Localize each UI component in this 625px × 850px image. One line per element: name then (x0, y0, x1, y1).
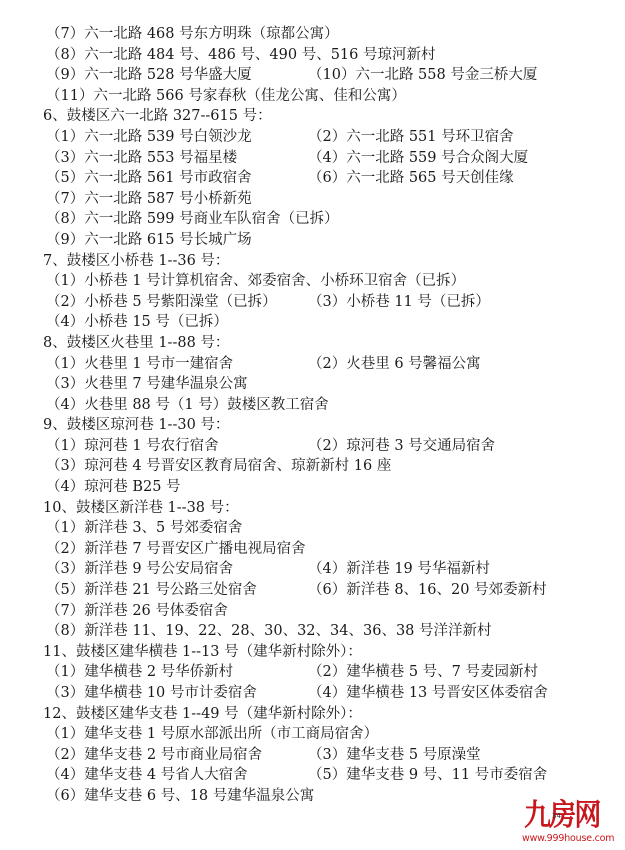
list-line: （1）新洋巷 3、5 号郊委宿舍 (0, 518, 625, 539)
list-line: （1）火巷里 1 号市一建宿舍（2）火巷里 6 号馨福公寓 (0, 354, 625, 375)
list-line: （4）火巷里 88 号（1 号）鼓楼区教工宿舍 (0, 395, 625, 416)
list-line: （2）新洋巷 7 号晋安区广播电视局宿舍 (0, 539, 625, 560)
list-line: （7）六一北路 468 号东方明珠（琼都公寓） (0, 24, 625, 45)
address-item: （1）火巷里 1 号市一建宿舍 (46, 354, 233, 375)
address-item: （4）新洋巷 19 号华福新村 (308, 559, 490, 580)
address-item: （4）建华支巷 4 号省人大宿舍 (46, 765, 248, 786)
address-item: （4）六一北路 559 号合众阁大厦 (308, 148, 528, 169)
address-item: （4）琼河巷 B25 号 (46, 477, 181, 498)
address-item: （6）新洋巷 8、16、20 号郊委新村 (308, 580, 547, 601)
address-item: （2）琼河巷 3 号交通局宿舍 (308, 436, 495, 457)
section-heading: 9、鼓楼区琼河巷 1--30 号： (0, 415, 625, 436)
address-item: （5）建华支巷 9 号、11 号市委宿舍 (308, 765, 547, 786)
logo-mark: 九房网 (524, 800, 600, 832)
address-item: （3）建华横巷 10 号市计委宿舍 (46, 683, 257, 704)
address-item: （3）小桥巷 11 号（已拆） (308, 292, 490, 313)
address-item: （8）新洋巷 11、19、22、28、30、32、34、36、38 号洋洋新村 (46, 621, 492, 642)
address-item: （8）六一北路 599 号商业车队宿舍（已拆） (46, 209, 339, 230)
address-item: （1）六一北路 539 号白领沙龙 (46, 127, 252, 148)
list-line: （5）新洋巷 21 号公路三处宿舍（6）新洋巷 8、16、20 号郊委新村 (0, 580, 625, 601)
address-item: （6）建华支巷 6 号、18 号建华温泉公寓 (46, 786, 314, 807)
address-item: （4）火巷里 88 号（1 号）鼓楼区教工宿舍 (46, 395, 329, 416)
list-line: （5）六一北路 561 号市政宿舍（6）六一北路 565 号天创佳缘 (0, 168, 625, 189)
address-item: （1）小桥巷 1 号计算机宿舍、郊委宿舍、小桥环卫宿舍（已拆） (46, 271, 465, 292)
list-line: （4）建华支巷 4 号省人大宿舍（5）建华支巷 9 号、11 号市委宿舍 (0, 765, 625, 786)
address-item: （2）建华支巷 2 号市商业局宿舍 (46, 745, 262, 766)
address-item: （3）建华支巷 5 号原澡堂 (308, 745, 481, 766)
address-item: （4）小桥巷 15 号（已拆） (46, 312, 228, 333)
address-item: （2）六一北路 551 号环卫宿舍 (308, 127, 514, 148)
section-heading: 6、鼓楼区六一北路 327--615 号： (0, 106, 625, 127)
address-item: （2）小桥巷 5 号紫阳澡堂（已拆） (46, 292, 277, 313)
document-body: （7）六一北路 468 号东方明珠（琼都公寓）（8）六一北路 484 号、486… (0, 24, 625, 807)
address-item: （11）六一北路 566 号家春秋（佳龙公寓、佳和公寓） (46, 86, 406, 107)
list-line: （3）琼河巷 4 号晋安区教育局宿舍、琼新新村 16 座 (0, 456, 625, 477)
list-line: （11）六一北路 566 号家春秋（佳龙公寓、佳和公寓） (0, 86, 625, 107)
list-line: （9）六一北路 615 号长城广场 (0, 230, 625, 251)
page-number: 34 (552, 812, 561, 820)
address-item: （1）琼河巷 1 号农行宿舍 (46, 436, 219, 457)
list-line: （1）六一北路 539 号白领沙龙（2）六一北路 551 号环卫宿舍 (0, 127, 625, 148)
address-item: （3）琼河巷 4 号晋安区教育局宿舍、琼新新村 16 座 (46, 456, 391, 477)
list-line: （8）新洋巷 11、19、22、28、30、32、34、36、38 号洋洋新村 (0, 621, 625, 642)
list-line: （1）小桥巷 1 号计算机宿舍、郊委宿舍、小桥环卫宿舍（已拆） (0, 271, 625, 292)
address-item: （1）建华横巷 2 号华侨新村 (46, 662, 233, 683)
list-line: （2）小桥巷 5 号紫阳澡堂（已拆）（3）小桥巷 11 号（已拆） (0, 292, 625, 313)
address-item: （2）火巷里 6 号馨福公寓 (308, 354, 481, 375)
address-item: （8）六一北路 484 号、486 号、490 号、516 号琼河新村 (46, 45, 435, 66)
address-item: （1）新洋巷 3、5 号郊委宿舍 (46, 518, 242, 539)
section-heading: 12、鼓楼区建华支巷 1--49 号（建华新村除外）： (0, 704, 625, 725)
address-item: （5）新洋巷 21 号公路三处宿舍 (46, 580, 257, 601)
section-heading: 11、鼓楼区建华横巷 1--13 号（建华新村除外）： (0, 642, 625, 663)
address-item: （9）六一北路 528 号华盛大厦 (46, 65, 252, 86)
address-item: （3）新洋巷 9 号公安局宿舍 (46, 559, 233, 580)
section-heading: 8、鼓楼区火巷里 1--88 号： (0, 333, 625, 354)
list-line: （7）新洋巷 26 号体委宿舍 (0, 601, 625, 622)
address-item: （7）六一北路 468 号东方明珠（琼都公寓） (46, 24, 339, 45)
list-line: （4）小桥巷 15 号（已拆） (0, 312, 625, 333)
address-item: （5）六一北路 561 号市政宿舍 (46, 168, 252, 189)
list-line: （1）建华横巷 2 号华侨新村（2）建华横巷 5 号、7 号麦园新村 (0, 662, 625, 683)
address-item: （6）六一北路 565 号天创佳缘 (308, 168, 514, 189)
list-line: （3）六一北路 553 号福星楼（4）六一北路 559 号合众阁大厦 (0, 148, 625, 169)
list-line: （9）六一北路 528 号华盛大厦（10）六一北路 558 号金三桥大厦 (0, 65, 625, 86)
list-line: （1）琼河巷 1 号农行宿舍（2）琼河巷 3 号交通局宿舍 (0, 436, 625, 457)
section-heading: 7、鼓楼区小桥巷 1--36 号： (0, 251, 625, 272)
address-item: （3）火巷里 7 号建华温泉公寓 (46, 374, 248, 395)
list-line: （3）新洋巷 9 号公安局宿舍（4）新洋巷 19 号华福新村 (0, 559, 625, 580)
address-item: （2）建华横巷 5 号、7 号麦园新村 (308, 662, 538, 683)
list-line: （3）火巷里 7 号建华温泉公寓 (0, 374, 625, 395)
list-line: （7）六一北路 587 号小桥新苑 (0, 189, 625, 210)
logo-url: www.999house.com (522, 833, 614, 844)
address-item: （3）六一北路 553 号福星楼 (46, 148, 237, 169)
list-line: （4）琼河巷 B25 号 (0, 477, 625, 498)
address-item: （4）建华横巷 13 号晋安区体委宿舍 (308, 683, 548, 704)
watermark-logo: 九房网 34 www.999house.com (522, 800, 622, 846)
address-item: （2）新洋巷 7 号晋安区广播电视局宿舍 (46, 539, 306, 560)
list-line: （8）六一北路 599 号商业车队宿舍（已拆） (0, 209, 625, 230)
list-line: （1）建华支巷 1 号原水部派出所（市工商局宿舍） (0, 724, 625, 745)
list-line: （2）建华支巷 2 号市商业局宿舍（3）建华支巷 5 号原澡堂 (0, 745, 625, 766)
address-item: （7）六一北路 587 号小桥新苑 (46, 189, 252, 210)
list-line: （8）六一北路 484 号、486 号、490 号、516 号琼河新村 (0, 45, 625, 66)
list-line: （3）建华横巷 10 号市计委宿舍（4）建华横巷 13 号晋安区体委宿舍 (0, 683, 625, 704)
address-item: （1）建华支巷 1 号原水部派出所（市工商局宿舍） (46, 724, 378, 745)
section-heading: 10、鼓楼区新洋巷 1--38 号： (0, 498, 625, 519)
address-item: （9）六一北路 615 号长城广场 (46, 230, 252, 251)
address-item: （10）六一北路 558 号金三桥大厦 (308, 65, 537, 86)
address-item: （7）新洋巷 26 号体委宿舍 (46, 601, 228, 622)
